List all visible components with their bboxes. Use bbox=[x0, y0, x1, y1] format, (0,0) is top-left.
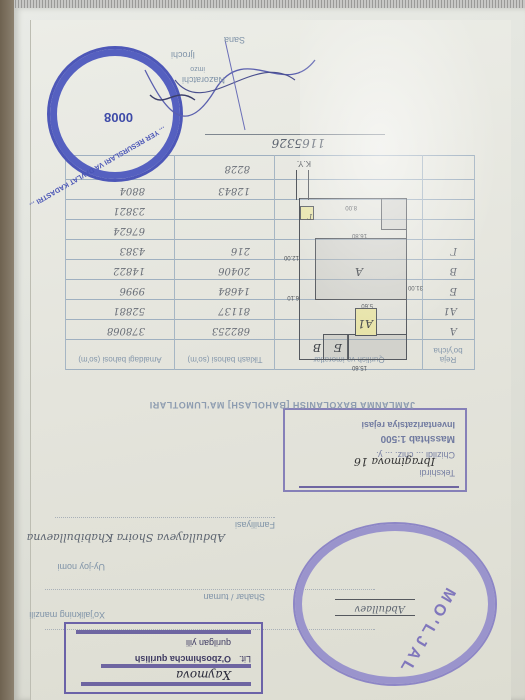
room-label: A bbox=[355, 265, 363, 278]
road-edge bbox=[296, 170, 297, 200]
signature-scribble bbox=[135, 30, 325, 140]
table-cell-actual: 378068 bbox=[107, 325, 145, 336]
room-label: Б bbox=[334, 341, 342, 354]
label-sana: Sana bbox=[224, 35, 245, 45]
stamp-line-1: Inventarizatsiya rejasi bbox=[361, 420, 455, 430]
room-label: A1 bbox=[358, 317, 373, 330]
table-rule bbox=[65, 279, 475, 280]
table-rule bbox=[65, 319, 475, 320]
table-cell-actual: 14822 bbox=[113, 265, 145, 276]
table-cell-actual: 8804 bbox=[120, 185, 145, 196]
stamp-line-4: Tekshirdi bbox=[419, 468, 455, 478]
table-cell-restore: 12843 bbox=[218, 185, 250, 196]
stamp-lit: Lit. bbox=[239, 654, 251, 664]
stamp-unauthorized-construction: Lit. O'zboshimcha qurilish qurilgan yili… bbox=[64, 622, 263, 694]
stamp-signature: Xaymova bbox=[176, 668, 231, 682]
table-rule bbox=[65, 259, 475, 260]
table-header-lit: Reja bo'yicha bbox=[425, 346, 471, 364]
stamp-handwritten-center: Abdullaev bbox=[355, 603, 405, 614]
plan-dimension: 5.60 bbox=[361, 302, 373, 308]
table-cell-lit: Г bbox=[450, 245, 457, 256]
stamp-line-2: Masshtab 1:500 bbox=[381, 433, 455, 444]
field-label-uy-joy: Uy-joy nomi bbox=[57, 562, 105, 572]
stamp-ink-bar bbox=[76, 630, 251, 634]
plan-dimension: 16.80 bbox=[352, 232, 367, 238]
table-col-divider bbox=[174, 155, 175, 370]
plan-dimension: 6.10 bbox=[287, 294, 299, 300]
plan-dimension: 8.00 bbox=[345, 204, 357, 210]
table-border bbox=[65, 369, 475, 370]
table-cell-restore: 682253 bbox=[212, 325, 250, 336]
label-imzo: imzo bbox=[190, 65, 205, 72]
table-col-divider bbox=[422, 155, 423, 370]
table-cell-restore: 14684 bbox=[218, 285, 250, 296]
stamp-ink-bar bbox=[81, 682, 251, 686]
table-cell-lit: A bbox=[450, 325, 457, 336]
table-cell-actual: 4383 bbox=[120, 245, 145, 256]
table-cell-restore: 20406 bbox=[218, 265, 250, 276]
stamp-year: qurilgan yili bbox=[186, 638, 231, 648]
plan-dimension: 12.00 bbox=[284, 254, 299, 260]
table-cell-restore: 216 bbox=[231, 245, 250, 256]
road-label: K.Y. bbox=[297, 159, 311, 168]
stamp-inventory-plan: Inventarizatsiya rejasi Masshtab 1:500 C… bbox=[283, 408, 467, 492]
plan-dimension: 31.00 bbox=[408, 284, 423, 290]
section-title: JAMLANMA BAXOLANISH [BAHOLASH] MA'LUMOTL… bbox=[149, 400, 415, 410]
plan-dimension: 15.60 bbox=[352, 364, 367, 370]
field-label-familiya: Familiyasi bbox=[235, 520, 275, 530]
stamp-ozboshimcha: O'zboshimcha qurilish bbox=[135, 654, 231, 664]
table-header-divider bbox=[65, 339, 475, 340]
field-label-xojalik: Xo'jalikning manzili bbox=[29, 610, 105, 620]
stamp-rule bbox=[335, 599, 415, 600]
table-cell-actual: 23821 bbox=[113, 205, 145, 216]
table-rule bbox=[65, 219, 475, 220]
stamp-ink-bar bbox=[299, 486, 459, 488]
table-cell-actual: 67624 bbox=[113, 225, 145, 236]
road-edge bbox=[308, 170, 309, 200]
floor-plan: A A1 Б В Г 15.60 31.00 16.80 5.60 12.00 … bbox=[277, 190, 407, 360]
label-nazoratchi: Nazoratchi bbox=[182, 75, 225, 85]
table-cell-lit: Б bbox=[450, 285, 457, 296]
table-col-divider bbox=[274, 155, 275, 370]
label-ijrochi: Ijrochi bbox=[171, 50, 195, 60]
document-content-upside-down: Familiyasi Abdullayeva Shoira Khabibulla… bbox=[0, 0, 525, 700]
table-border bbox=[474, 155, 475, 370]
field-label-shahar: Shahar / tuman bbox=[203, 592, 265, 602]
valuation-table: Reja bo'yicha Qurilish va imoratlar Tikl… bbox=[65, 155, 475, 370]
field-value-familiya: Abdullayeva Shoira Khabibullaevna bbox=[27, 531, 225, 544]
table-cell-actual: 9996 bbox=[120, 285, 145, 296]
table-header-actual: Amaldagi bahosi (so'm) bbox=[67, 355, 173, 364]
table-rule bbox=[65, 199, 475, 200]
stamp-center-text: 0008 bbox=[104, 110, 133, 125]
table-cell-restore: 81137 bbox=[218, 305, 250, 316]
table-header-restore: Tiklash bahosi (so'm) bbox=[177, 355, 273, 364]
table-cell-lit: A1 bbox=[443, 305, 457, 316]
table-cell-restore: 8228 bbox=[225, 163, 250, 174]
room-d bbox=[381, 198, 407, 230]
table-cell-actual: 52881 bbox=[113, 305, 145, 316]
field-underline bbox=[55, 516, 275, 518]
stamp-handwritten: Ibragimova 16 bbox=[354, 455, 435, 468]
table-cell-lit: В bbox=[450, 265, 457, 276]
room-b-block bbox=[347, 334, 407, 360]
table-rule bbox=[65, 239, 475, 240]
room-label: В bbox=[313, 341, 321, 354]
stamp-rule bbox=[335, 615, 415, 616]
table-rule bbox=[65, 299, 475, 300]
room-label: Г bbox=[307, 212, 312, 220]
